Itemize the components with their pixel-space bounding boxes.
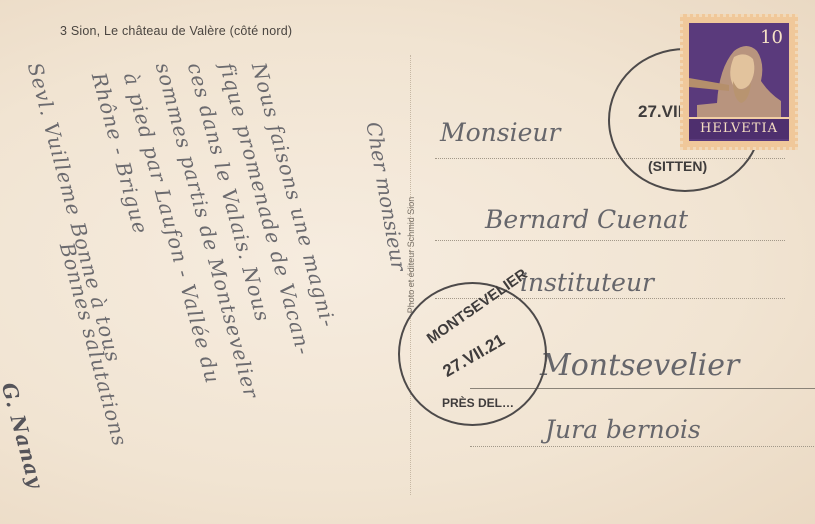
postcard-caption: 3 Sion, Le château de Valère (côté nord) xyxy=(60,24,292,38)
stamp-country: HELVETIA xyxy=(689,117,789,139)
signature: G. Nanay xyxy=(0,380,48,491)
address-line-title: instituteur xyxy=(520,268,654,297)
postmark-date: 27.VII.21 xyxy=(440,330,509,381)
address-rule xyxy=(435,240,785,241)
handwritten-message: Nous faisons une magni- fique promenade … xyxy=(0,60,350,500)
postmark-subtext: PRÈS DEL… xyxy=(442,396,514,410)
address-line-town: Montsevelier xyxy=(540,348,739,383)
address-line-salutation: Monsieur xyxy=(440,118,560,147)
address-line-name: Bernard Cuenat xyxy=(485,205,688,234)
stamp-face: 10 HELVETIA xyxy=(689,23,789,141)
postmark-place: MONTSEVELIER xyxy=(424,266,531,348)
address-line-region: Jura bernois xyxy=(545,415,701,444)
postmark-place: (SITTEN) xyxy=(648,158,707,174)
address-rule xyxy=(470,446,815,447)
postage-stamp: 10 HELVETIA xyxy=(680,14,798,150)
side-note: Cher monsieur xyxy=(361,120,411,273)
stamp-value: 10 xyxy=(760,27,783,48)
postcard-back: 3 Sion, Le château de Valère (côté nord)… xyxy=(0,0,815,524)
postmark-montsevelier: MONTSEVELIER 27.VII.21 PRÈS DEL… xyxy=(398,282,547,426)
